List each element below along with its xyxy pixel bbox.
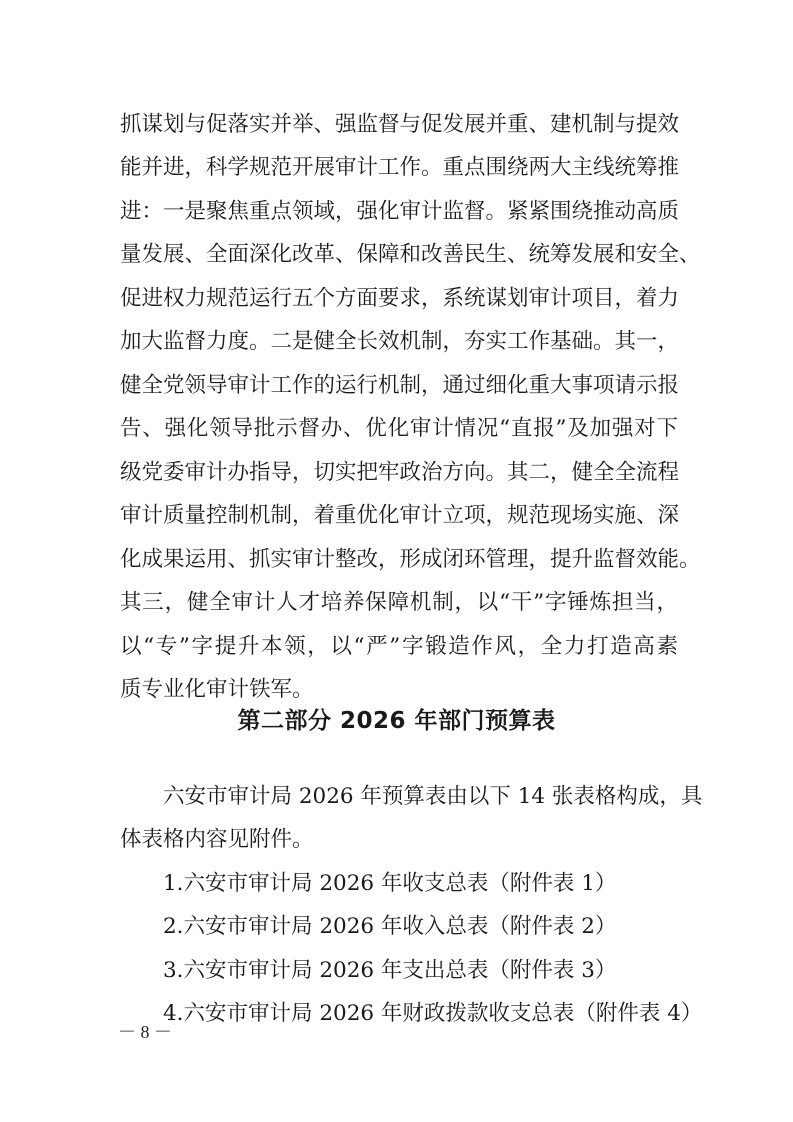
list-item: 1.六安市审计局 2026 年收支总表（附件表 1）	[163, 869, 616, 899]
body-text-line: 级党委审计办指导，切实把牢政治方向。其二，健全全流程	[120, 458, 678, 488]
body-text-line: 进：一是聚焦重点领域，强化审计监督。紧紧围绕推动高质	[120, 197, 678, 227]
intro-text-line: 六安市审计局 2026 年预算表由以下 14 张表格构成，具	[163, 782, 678, 812]
body-text-line: 其三，健全审计人才培养保障机制，以“干”字锤炼担当，	[120, 588, 678, 618]
body-text-line: 以“专”字提升本领，以“严”字锻造作风，全力打造高素	[120, 632, 678, 662]
body-text-line: 加大监督力度。二是健全长效机制，夯实工作基础。其一，	[120, 327, 678, 357]
section-heading: 第二部分 2026 年部门预算表	[0, 705, 793, 737]
list-item: 2.六安市审计局 2026 年收入总表（附件表 2）	[163, 912, 616, 942]
list-item: 3.六安市审计局 2026 年支出总表（附件表 3）	[163, 956, 616, 986]
body-text-line: 能并进，科学规范开展审计工作。重点围绕两大主线统筹推	[120, 153, 678, 183]
body-text-line: 抓谋划与促落实并举、强监督与促发展并重、建机制与提效	[120, 110, 678, 140]
document-page: 抓谋划与促落实并举、强监督与促发展并重、建机制与提效 能并进，科学规范开展审计工…	[0, 0, 793, 1122]
body-text-line: 量发展、全面深化改革、保障和改善民生、统筹发展和安全、	[120, 240, 678, 270]
body-text-line: 健全党领导审计工作的运行机制，通过细化重大事项请示报	[120, 371, 678, 401]
body-text-line: 质专业化审计铁军。	[120, 675, 314, 705]
list-item: 4.六安市审计局 2026 年财政拨款收支总表（附件表 4）	[163, 999, 702, 1029]
body-text-line: 审计质量控制机制，着重优化审计立项，规范现场实施、深	[120, 501, 678, 531]
body-text-line: 告、强化领导批示督办、优化审计情况“直报”及加强对下	[120, 414, 678, 444]
body-text-line: 促进权力规范运行五个方面要求，系统谋划审计项目，着力	[120, 284, 678, 314]
page-number: － 8 －	[118, 1020, 172, 1044]
body-text-line: 化成果运用、抓实审计整改，形成闭环管理，提升监督效能。	[120, 545, 678, 575]
intro-text-line: 体表格内容见附件。	[120, 825, 314, 855]
